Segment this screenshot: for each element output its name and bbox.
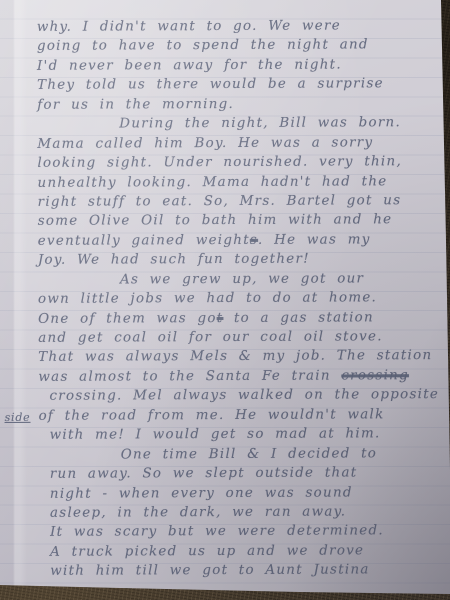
handwriting-segment: to a gas station	[223, 310, 374, 326]
crossed-out-word: crossing	[341, 368, 409, 383]
handwriting-line: right stuff to eat. So, Mrs. Bartel got …	[38, 191, 450, 212]
handwriting-segment: During the night, Bill was born.	[119, 115, 401, 131]
handwriting-segment: One of them was go	[38, 311, 217, 327]
handwriting-line: for us in the morning.	[37, 94, 449, 115]
handwriting-line: asleep, in the dark, we ran away.	[39, 502, 450, 523]
handwriting-line: sideof the road from me. He wouldn't wal…	[39, 405, 450, 426]
handwriting-line: As we grew up, we got our	[38, 269, 450, 290]
handwriting-segment: They told us there would be a surprise	[37, 77, 384, 94]
notebook-paper: why. I didn't want to go. We weregoing t…	[0, 0, 450, 600]
handwriting-line: run away. So we slept outside that	[39, 463, 450, 484]
handwriting-line: A truck picked us up and we drove	[39, 541, 450, 562]
handwriting-line: why. I didn't want to go. We were	[37, 16, 449, 37]
handwriting-segment: was almost to the Santa Fe train	[38, 368, 341, 384]
handwriting-segment: I'd never been away for the night.	[37, 57, 342, 73]
handwriting-segment: why. I didn't want to go. We were	[37, 18, 341, 34]
margin-note: side	[5, 408, 31, 428]
handwriting-segment: crossing. Mel always walked on the oppos…	[49, 387, 439, 404]
handwriting-line: looking sight. Under nourished. very thi…	[37, 152, 449, 173]
handwriting-segment: . He was my	[258, 232, 371, 247]
handwriting-segment: One time Bill & I decided to	[121, 446, 378, 462]
handwriting-line: They told us there would be a surprise	[37, 74, 449, 95]
handwriting-line: was almost to the Santa Fe train crossin…	[38, 366, 450, 387]
handwriting-text-block: why. I didn't want to go. We weregoing t…	[0, 0, 450, 582]
handwriting-segment: night - when every one was sound	[50, 485, 353, 501]
handwriting-line: and get coal oil for our coal oil stove.	[38, 327, 450, 348]
handwriting-line: unhealthy looking. Mama hadn't had the	[37, 172, 449, 193]
handwriting-segment: Mama called him Boy. He was a sorry	[37, 135, 373, 151]
handwriting-segment: going to have to spend the night and	[37, 38, 369, 54]
photo-of-handwritten-page: why. I didn't want to go. We weregoing t…	[0, 0, 450, 600]
handwriting-line: going to have to spend the night and	[37, 35, 449, 56]
handwriting-line: eventually gained weights. He was my	[38, 230, 450, 251]
handwriting-segment: asleep, in the dark, we ran away.	[50, 504, 346, 520]
handwriting-segment: unhealthy looking. Mama hadn't had the	[37, 174, 387, 191]
handwriting-line: own little jobs we had to do at home.	[38, 288, 450, 309]
handwriting-segment: A truck picked us up and we drove	[50, 543, 364, 559]
handwriting-line: Joy. We had such fun together!	[38, 249, 450, 270]
handwriting-segment: own little jobs we had to do at home.	[38, 290, 377, 306]
handwriting-segment: looking sight. Under nourished. very thi…	[37, 154, 402, 171]
handwriting-line: During the night, Bill was born.	[37, 113, 449, 134]
handwriting-line: That was always Mels & my job. The stati…	[38, 346, 450, 367]
handwriting-line: night - when every one was sound	[39, 483, 450, 504]
handwriting-segment: with me! I would get so mad at him.	[50, 427, 381, 443]
handwriting-segment: right stuff to eat. So, Mrs. Bartel got …	[38, 193, 402, 210]
handwriting-segment: Joy. We had such fun together!	[38, 252, 310, 268]
handwriting-segment: of the road from me. He wouldn't walk	[39, 407, 385, 424]
handwriting-line: some Olive Oil to bath him with and he	[38, 210, 450, 231]
handwriting-line: crossing. Mel always walked on the oppos…	[38, 385, 450, 406]
handwriting-line: It was scary but we were determined.	[39, 521, 450, 542]
handwriting-line: with him till we got to Aunt Justina	[39, 560, 450, 581]
handwriting-line: Mama called him Boy. He was a sorry	[37, 133, 449, 154]
handwriting-segment: some Olive Oil to bath him with and he	[38, 213, 393, 230]
handwriting-segment: and get coal oil for our coal oil stove.	[38, 329, 383, 346]
handwriting-segment: for us in the morning.	[37, 97, 234, 113]
handwriting-segment: with him till we got to Aunt Justina	[50, 563, 370, 579]
handwriting-segment: That was always Mels & my job. The stati…	[38, 349, 432, 366]
handwriting-segment: run away. So we slept outside that	[50, 465, 358, 481]
handwriting-line: I'd never been away for the night.	[37, 55, 449, 76]
handwriting-line: with me! I would get so mad at him.	[39, 424, 450, 445]
handwriting-line: One time Bill & I decided to	[39, 444, 450, 465]
handwriting-line: One of them was got to a gas station	[38, 308, 450, 329]
handwriting-segment: It was scary but we were determined.	[50, 524, 384, 540]
handwriting-segment: eventually gained weight	[38, 233, 250, 249]
handwriting-segment: As we grew up, we got our	[120, 271, 364, 287]
